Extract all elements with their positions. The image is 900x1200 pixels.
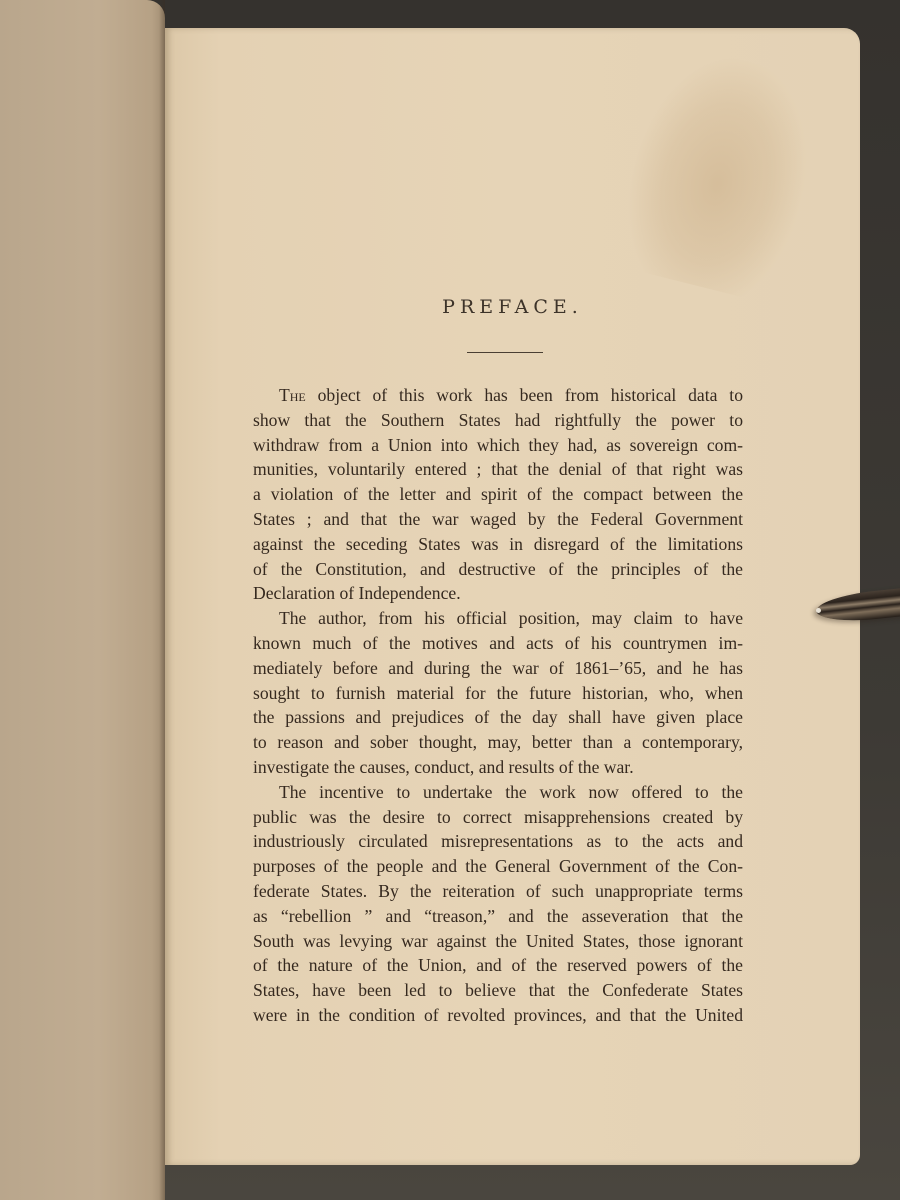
- text-line: purposes of the people and the General G…: [253, 854, 743, 879]
- text-line: industriously circulated misrepresentati…: [253, 829, 743, 854]
- text-line: federate States. By the reiteration of s…: [253, 879, 743, 904]
- page-title: PREFACE.: [165, 296, 860, 318]
- text-line: show that the Southern States had rightf…: [253, 408, 743, 433]
- title-rule-divider: [467, 352, 543, 353]
- text-line: The object of this work has been from hi…: [253, 383, 743, 408]
- text-line: of the Constitution, and destructive of …: [253, 557, 743, 582]
- text-line: investigate the causes, conduct, and res…: [253, 755, 743, 780]
- text-line: a violation of the letter and spirit of …: [253, 482, 743, 507]
- left-page: [0, 0, 165, 1200]
- pointer-tip-icon: [816, 608, 821, 613]
- text-line: The incentive to undertake the work now …: [253, 780, 743, 805]
- text-line: to reason and sober thought, may, better…: [253, 730, 743, 755]
- book-photo: PREFACE. The object of this work has bee…: [0, 0, 900, 1200]
- preface-body: The object of this work has been from hi…: [253, 383, 743, 1028]
- text-line-content: object of this work has been from histor…: [306, 385, 743, 405]
- text-line: withdraw from a Union into which they ha…: [253, 433, 743, 458]
- text-line: known much of the motives and acts of hi…: [253, 631, 743, 656]
- text-line: The author, from his official position, …: [253, 606, 743, 631]
- text-line: as “rebellion ” and “treason,” and the a…: [253, 904, 743, 929]
- text-line: the passions and prejudices of the day s…: [253, 705, 743, 730]
- text-line: munities, voluntarily entered ; that the…: [253, 457, 743, 482]
- right-page: PREFACE. The object of this work has bee…: [165, 28, 860, 1165]
- water-stain: [610, 41, 831, 305]
- text-line: of the nature of the Union, and of the r…: [253, 953, 743, 978]
- text-line: public was the desire to correct misappr…: [253, 805, 743, 830]
- text-line: sought to furnish material for the futur…: [253, 681, 743, 706]
- smallcaps-lead: The: [279, 385, 306, 405]
- text-line: against the seceding States was in disre…: [253, 532, 743, 557]
- text-line: States ; and that the war waged by the F…: [253, 507, 743, 532]
- text-line: mediately before and during the war of 1…: [253, 656, 743, 681]
- text-line: South was levying war against the United…: [253, 929, 743, 954]
- text-line: were in the condition of revolted provin…: [253, 1003, 743, 1028]
- text-line: States, have been led to believe that th…: [253, 978, 743, 1003]
- text-line: Declaration of Independence.: [253, 581, 743, 606]
